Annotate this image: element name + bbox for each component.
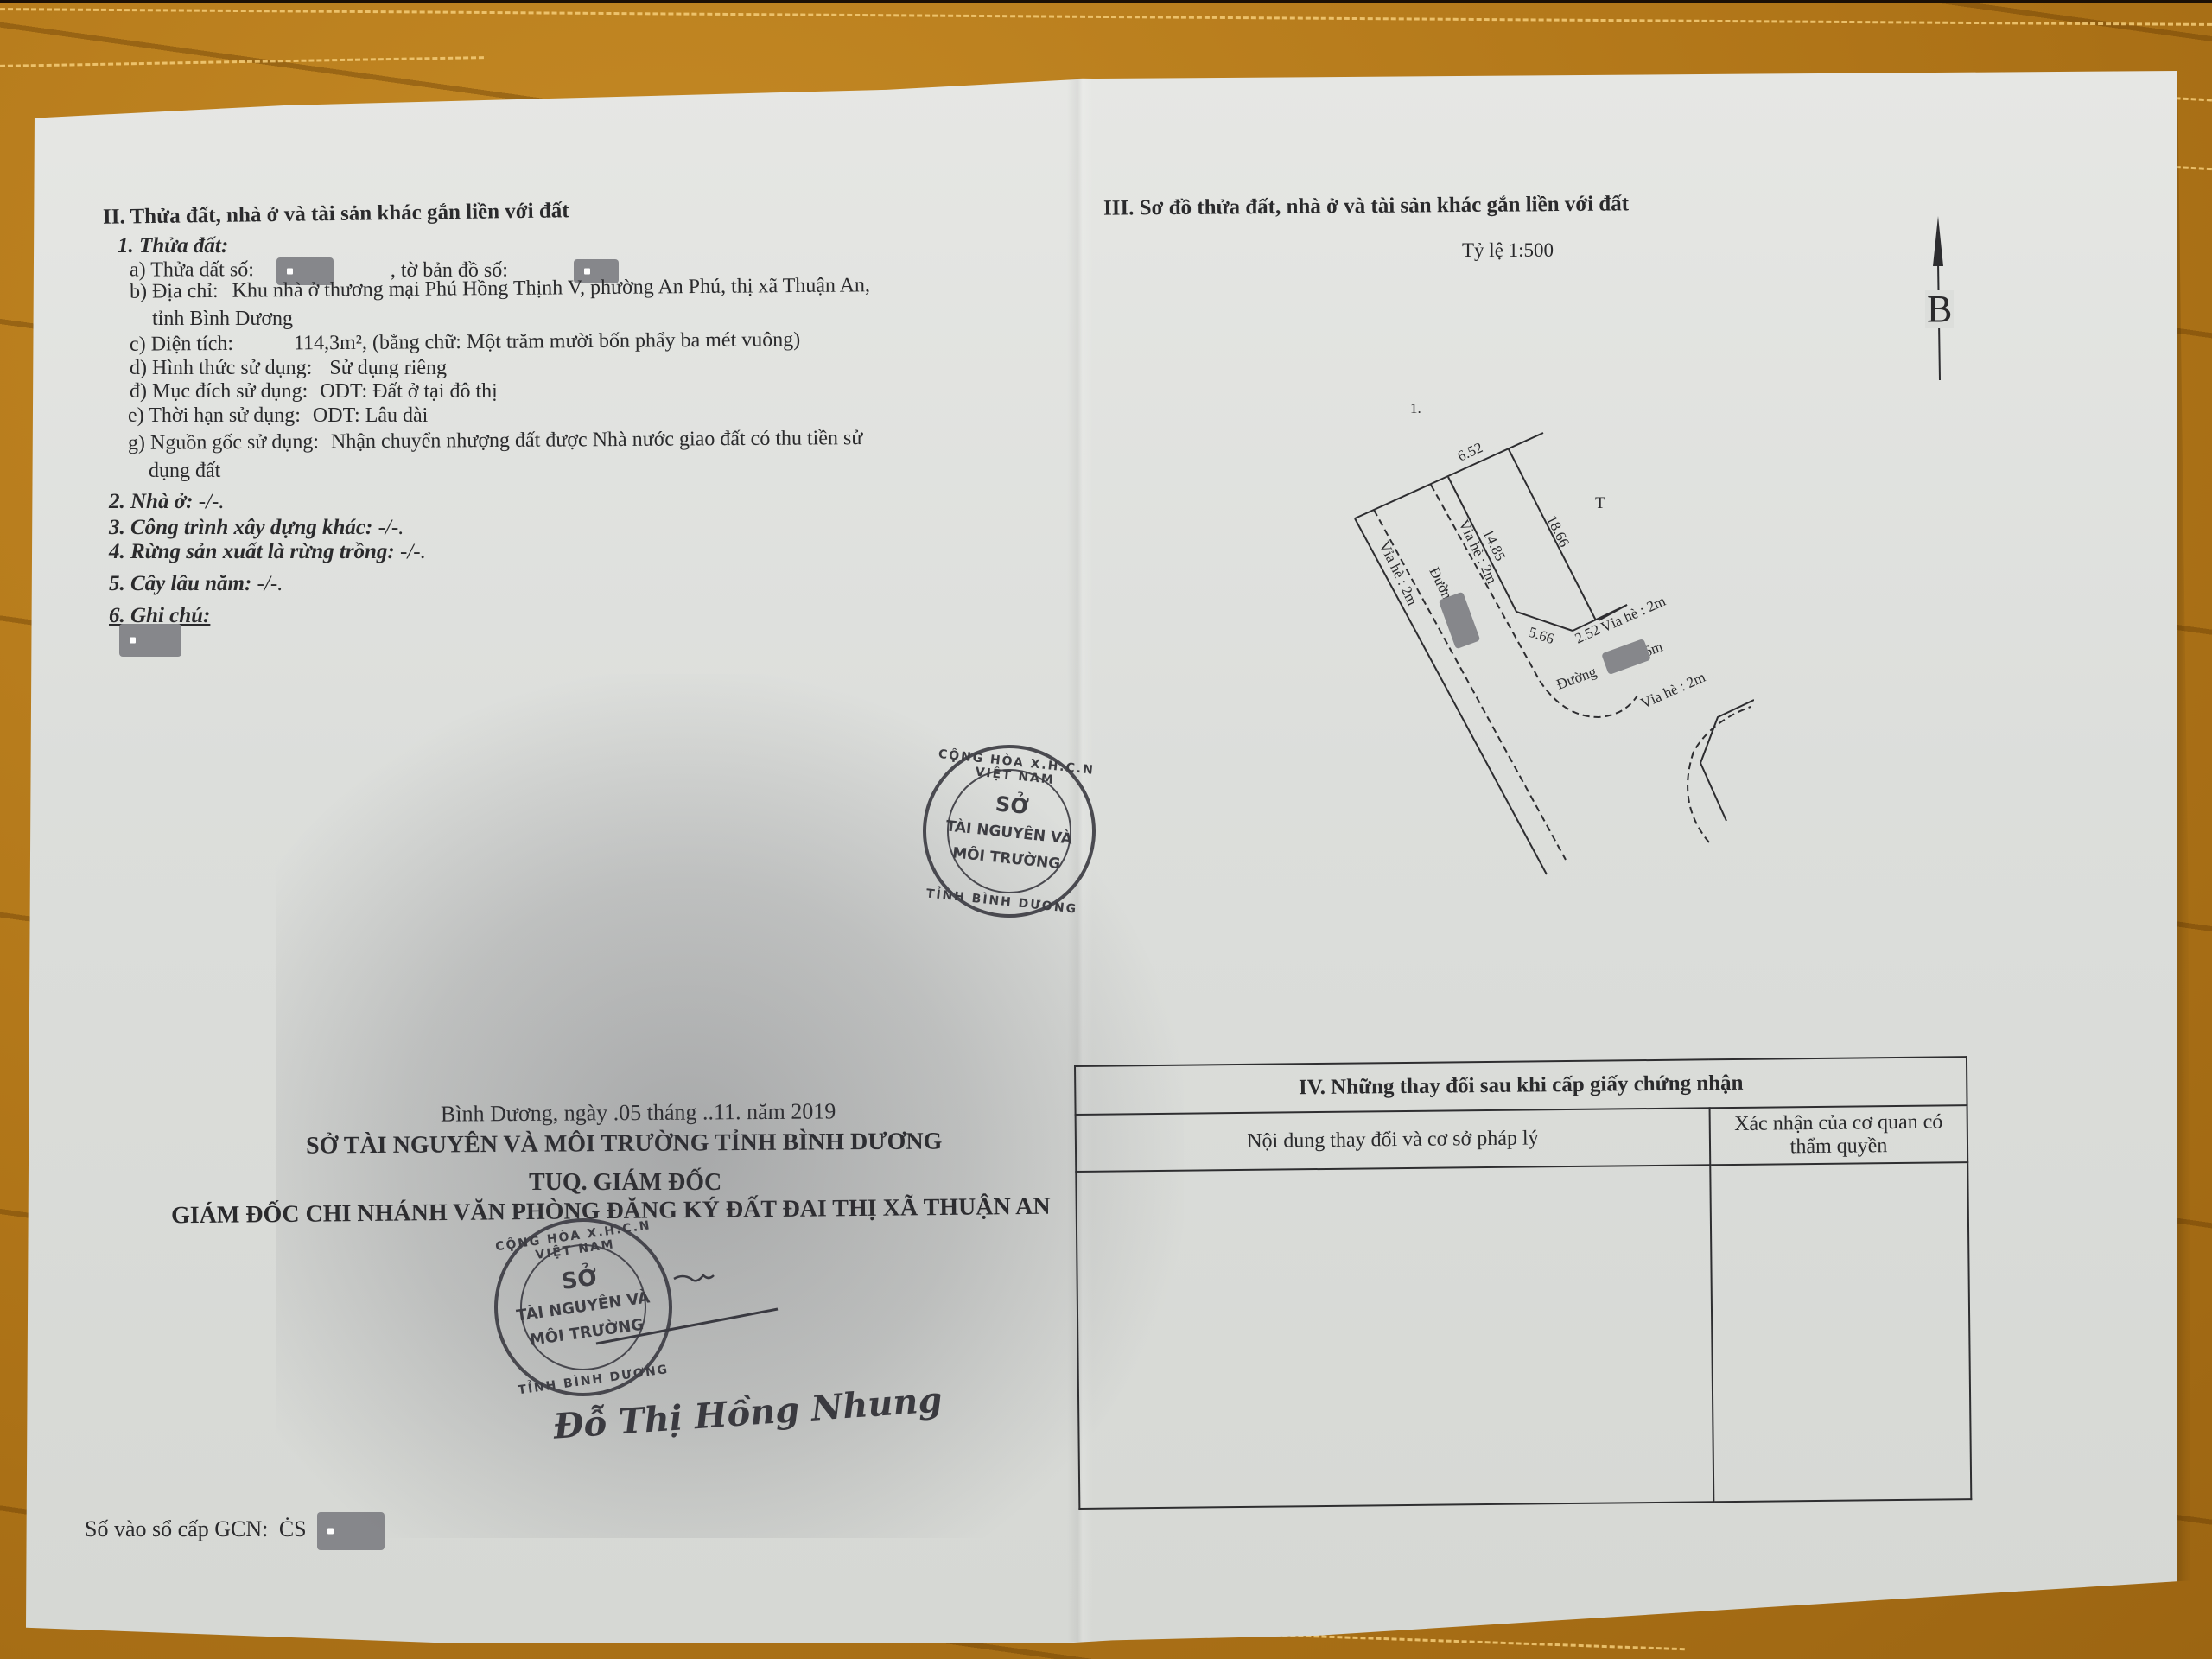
other-construction-row: 3. Công trình xây dựng khác: -/-. [109,517,404,538]
road-name-redacted [1601,639,1651,675]
parcel-diagram: 1. T 6.52 18.66 14.85 5.66 2.52 Vỉa hè :… [1339,389,1754,890]
changes-table: IV. Những thay đổi sau khi cấp giấy chứn… [1074,1056,1972,1510]
forest-row: 4. Rừng sản xuất là rừng trồng: -/-. [109,541,426,563]
svg-text:Đường: Đường [1554,663,1599,692]
forest-label: 4. Rừng sản xuất là rừng trồng: [109,540,395,563]
handwritten-signature-stroke [588,1262,795,1365]
changes-confirmation-cell [1710,1162,1971,1502]
edge-18.66: 18.66 [1543,512,1573,550]
section-iii-title: III. Sơ đồ thửa đất, nhà ở và tài sản kh… [1103,193,1629,219]
edge-2.52: 2.52 [1573,621,1603,647]
land-plot-heading: 1. Thửa đất: [118,235,228,257]
other-construction-label: 3. Công trình xây dựng khác: [109,516,372,539]
housing-value: -/-. [199,490,225,513]
usage-purpose-value: ODT: Đất ở tại đô thị [320,380,497,403]
top-edge [0,0,2212,3]
issuing-org: SỞ TÀI NGUYÊN VÀ MÔI TRƯỜNG TỈNH BÌNH DƯ… [306,1129,943,1158]
sidewalk-label-1: Vỉa hè : 2m [1376,538,1421,607]
notes-redacted [119,624,181,657]
usage-form-label: d) Hình thức sử dụng: [130,357,312,379]
usage-term-value: ODT: Lâu dài [313,404,428,427]
registry-number-label: Số vào sổ cấp GCN: [85,1516,268,1541]
on-behalf-line: TUQ. GIÁM ĐỐC [529,1171,721,1195]
other-construction-value: -/-. [378,516,404,539]
date-line: Bình Dương, ngày .05 tháng ..11. năm 201… [441,1100,836,1125]
origin-value-line2: dụng đất [149,461,220,481]
address-value-line2: tỉnh Bình Dương [152,308,293,329]
changes-content-cell [1076,1165,1713,1509]
changes-col-confirmation: Xác nhận của cơ quan có thẩm quyền [1710,1105,1968,1165]
area-row: c) Diện tích: 114,3m², (bằng chữ: Một tr… [130,329,800,354]
perennial-row: 5. Cây lâu năm: -/-. [109,573,283,594]
origin-label: g) Nguồn gốc sử dụng: [128,430,319,454]
side-label: T [1595,494,1605,512]
usage-term-label: e) Thời hạn sử dụng: [128,404,301,427]
scale-label: Tỷ lệ 1:500 [1462,240,1554,260]
area-value: 114,3m², (bằng chữ: Một trăm mười bốn ph… [294,328,800,354]
changes-col-content: Nội dung thay đổi và cơ sở pháp lý [1076,1108,1711,1172]
registry-number-redacted [317,1512,385,1550]
plot-number-label: a) Thửa đất số: [130,259,254,282]
sidewalk-label-4: Vỉa hè : 2m [1638,669,1708,712]
address-label: b) Địa chỉ: [130,280,219,303]
usage-purpose-row: đ) Mục đích sử dụng: ODT: Đất ở tại đô t… [130,381,498,402]
usage-term-row: e) Thời hạn sử dụng: ODT: Lâu dài [128,405,428,426]
edge-5.66: 5.66 [1527,624,1556,647]
housing-row: 2. Nhà ở: -/-. [109,491,225,512]
perennial-label: 5. Cây lâu năm: [109,572,251,595]
north-label: B [1925,290,1954,328]
housing-label: 2. Nhà ở: [109,490,193,513]
perennial-value: -/-. [257,572,283,595]
forest-value: -/-. [400,540,426,563]
area-label: c) Diện tích: [130,333,233,356]
origin-value: Nhận chuyển nhượng đất được Nhà nước gia… [331,427,862,453]
registry-number-row: Số vào sổ cấp GCN: ĊS [85,1512,385,1550]
origin-row: g) Nguồn gốc sử dụng: Nhận chuyển nhượng… [128,428,862,454]
corner-label: 1. [1410,400,1421,416]
usage-purpose-label: đ) Mục đích sử dụng: [130,380,308,403]
usage-form-value: Sử dụng riêng [329,357,447,379]
usage-form-row: d) Hình thức sử dụng: Sử dụng riêng [130,358,447,378]
